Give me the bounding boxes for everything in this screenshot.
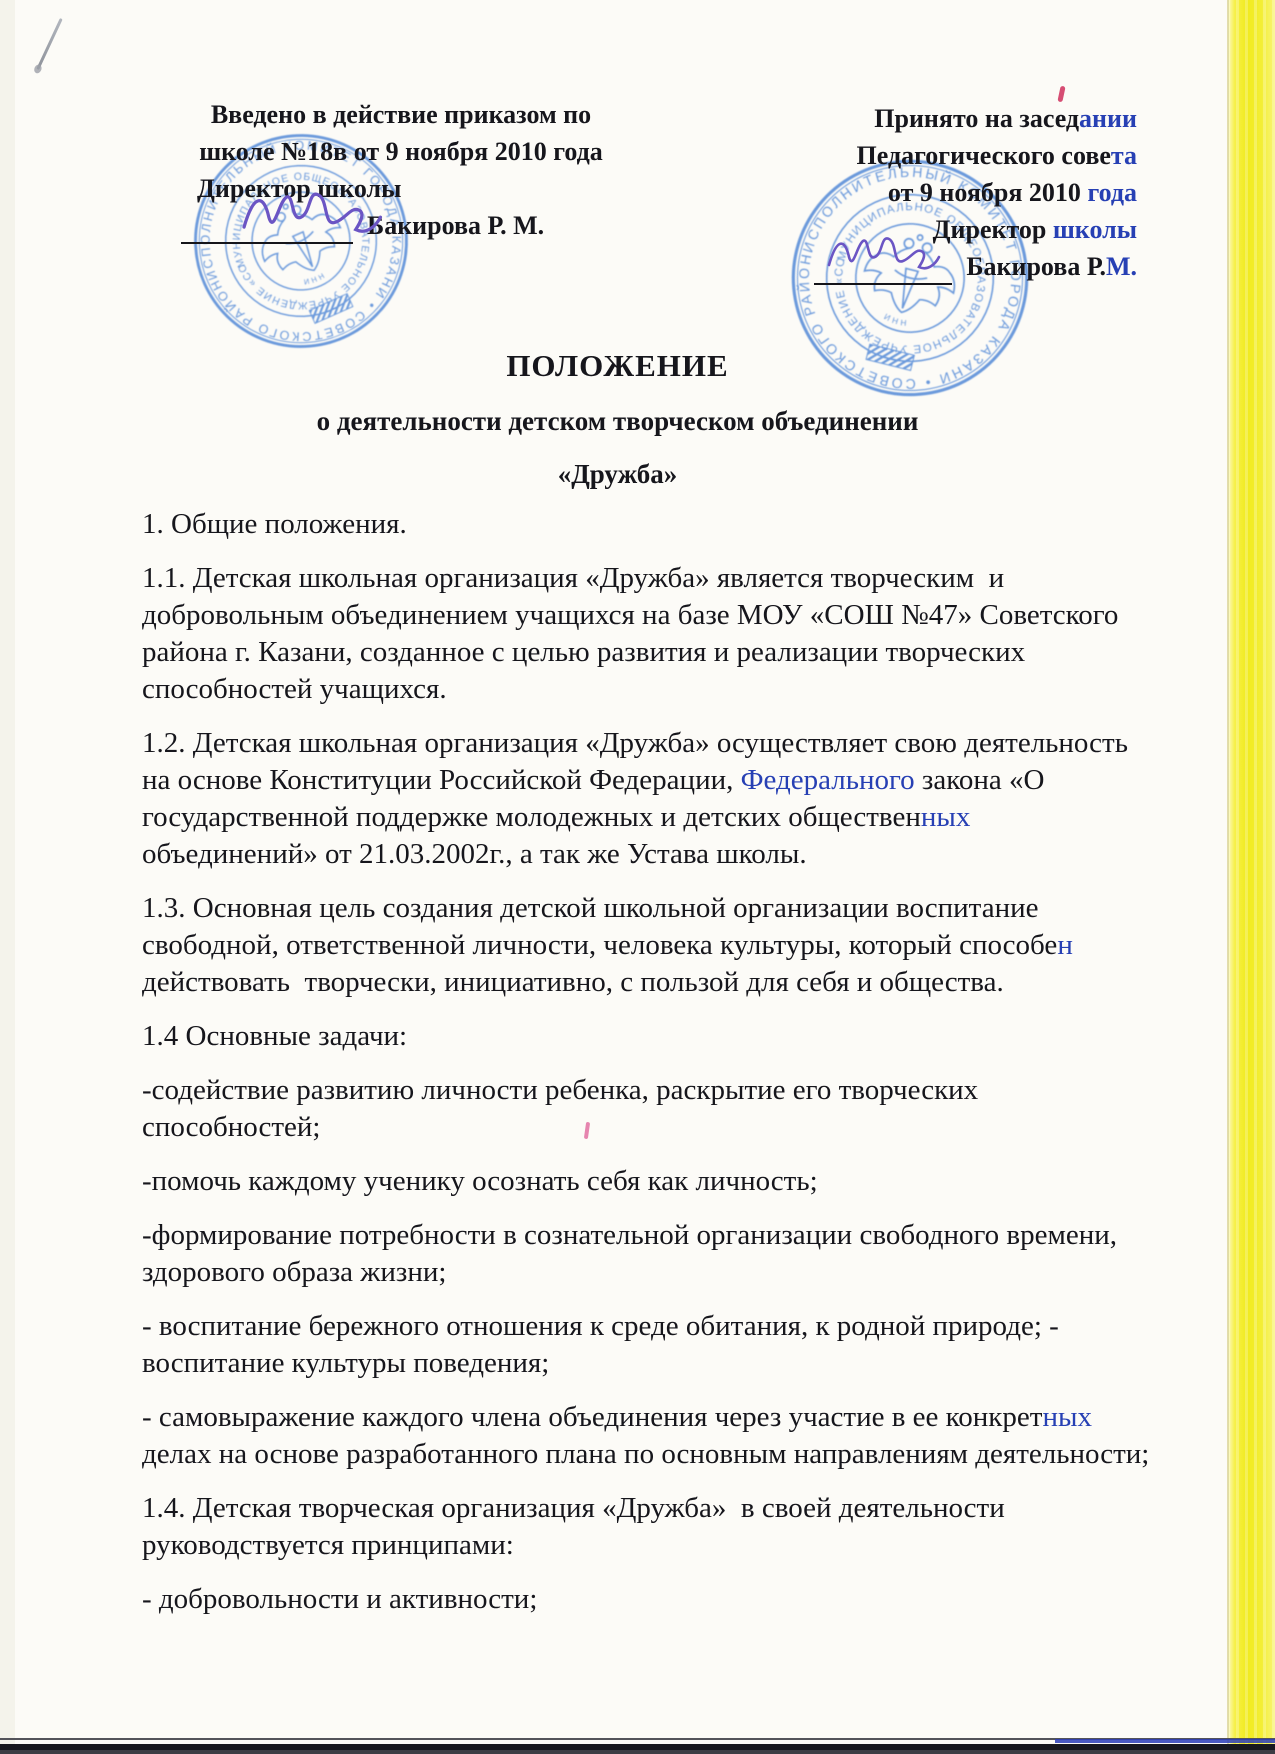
text-segment: от 9 ноября 2010 (888, 178, 1088, 207)
text-segment: 1.4 Основные задачи: (142, 1020, 407, 1052)
text-segment: - воспитание бережного отношения к среде… (142, 1310, 1066, 1379)
text-segment: ании (1079, 104, 1137, 133)
document-subtitle: о деятельности детском творческом объеди… (130, 406, 1105, 437)
adopted-line-1: Принято на заседании (753, 100, 1137, 137)
section-heading-general: 1. Общие положения. (142, 506, 1152, 543)
text-segment: ных (921, 801, 971, 833)
text-segment: н (1057, 929, 1073, 961)
paragraph-1-3: 1.3. Основная цель создания детской школ… (142, 890, 1152, 1001)
stamp-inner-text: ИНН (301, 268, 329, 289)
scan-left-edge-shade (0, 0, 15, 1754)
approval-block-pedsovet: Принято на заседании Педагогического сов… (753, 100, 1137, 285)
text-segment: -помочь каждому ученику осознать себя ка… (142, 1165, 818, 1197)
text-segment: -формирование потребности в сознательной… (142, 1219, 1124, 1288)
svg-text:ИНН: ИНН (301, 268, 329, 289)
order-line-1: Введено в действие приказом по (145, 96, 657, 133)
text-segment: школы (1053, 215, 1137, 244)
text-segment: Федерального (741, 764, 915, 796)
text-segment: 1.1. Детская школьная организация «Дружб… (142, 562, 1126, 705)
task-item-5: - самовыражение каждого члена объединени… (142, 1399, 1152, 1473)
text-segment: Педагогического сове (857, 141, 1111, 170)
text-segment: 1. Общие положения. (142, 508, 407, 540)
task-item-1: -содействие развитию личности ребенка, р… (142, 1072, 1152, 1146)
paragraph-1-4-principles: 1.4. Детская творческая организация «Дру… (142, 1490, 1152, 1564)
signature-line-right: Бакирова Р.М. (753, 248, 1137, 285)
text-segment: Бакирова Р. (966, 252, 1106, 281)
director-label: Директор школы (145, 170, 657, 207)
adopted-line-3: от 9 ноября 2010 года (753, 174, 1137, 211)
task-item-2: -помочь каждому ученику осознать себя ка… (142, 1163, 1152, 1200)
task-item-4: - воспитание бережного отношения к среде… (142, 1308, 1152, 1382)
pen-scratch-mark (36, 18, 62, 70)
scan-bottom-edge-blue-line (1055, 1739, 1275, 1743)
handwritten-signature-right (823, 224, 943, 280)
text-segment: М. (1106, 252, 1137, 281)
text-segment: Директор (933, 215, 1053, 244)
task-item-3: -формирование потребности в сознательной… (142, 1217, 1152, 1291)
scanned-document-page: ИСПОЛНИТЕЛЬНЫЙ КОМИТЕТ ГОРОДА КАЗАНИ • С… (0, 0, 1275, 1754)
document-body: 1. Общие положения. 1.1. Детская школьна… (142, 506, 1152, 1635)
principle-item-1: - добровольности и активности; (142, 1581, 1152, 1618)
yellow-folder-edge (1227, 0, 1275, 1754)
order-line-2: школе №18в от 9 ноября 2010 года (145, 133, 657, 170)
scan-bottom-edge-line-3 (0, 1750, 1275, 1754)
document-title: ПОЛОЖЕНИЕ (130, 348, 1105, 384)
adopted-line-2: Педагогического совета (753, 137, 1137, 174)
signature-line-left: Бакирова Р. М. (145, 207, 657, 244)
text-segment: - добровольности и активности; (142, 1583, 537, 1615)
document-title-block: ПОЛОЖЕНИЕ о деятельности детском творчес… (130, 348, 1105, 490)
text-segment: года (1087, 178, 1137, 207)
director-label: Директор школы (753, 211, 1137, 248)
paragraph-1-2: 1.2. Детская школьная организация «Дружб… (142, 725, 1152, 873)
approval-block-order: Введено в действие приказом по школе №18… (145, 96, 657, 244)
text-segment: 1.4. Детская творческая организация «Дру… (142, 1492, 1012, 1561)
text-segment: 1.3. Основная цель создания детской школ… (142, 892, 1057, 961)
director-name: Бакирова Р. М. (367, 207, 544, 244)
paragraph-1-1: 1.1. Детская школьная организация «Дружб… (142, 560, 1152, 708)
organization-name: «Дружба» (130, 459, 1105, 490)
text-segment: Принято на засед (874, 104, 1079, 133)
paragraph-1-4-tasks-heading: 1.4 Основные задачи: (142, 1018, 1152, 1055)
director-name: Бакирова Р.М. (966, 248, 1137, 285)
handwritten-signature-left (236, 180, 386, 242)
text-segment: -содействие развитию личности ребенка, р… (142, 1074, 985, 1143)
text-segment: - самовыражение каждого члена объединени… (142, 1401, 1042, 1433)
text-segment: та (1111, 141, 1137, 170)
text-segment: ных (1042, 1401, 1092, 1433)
